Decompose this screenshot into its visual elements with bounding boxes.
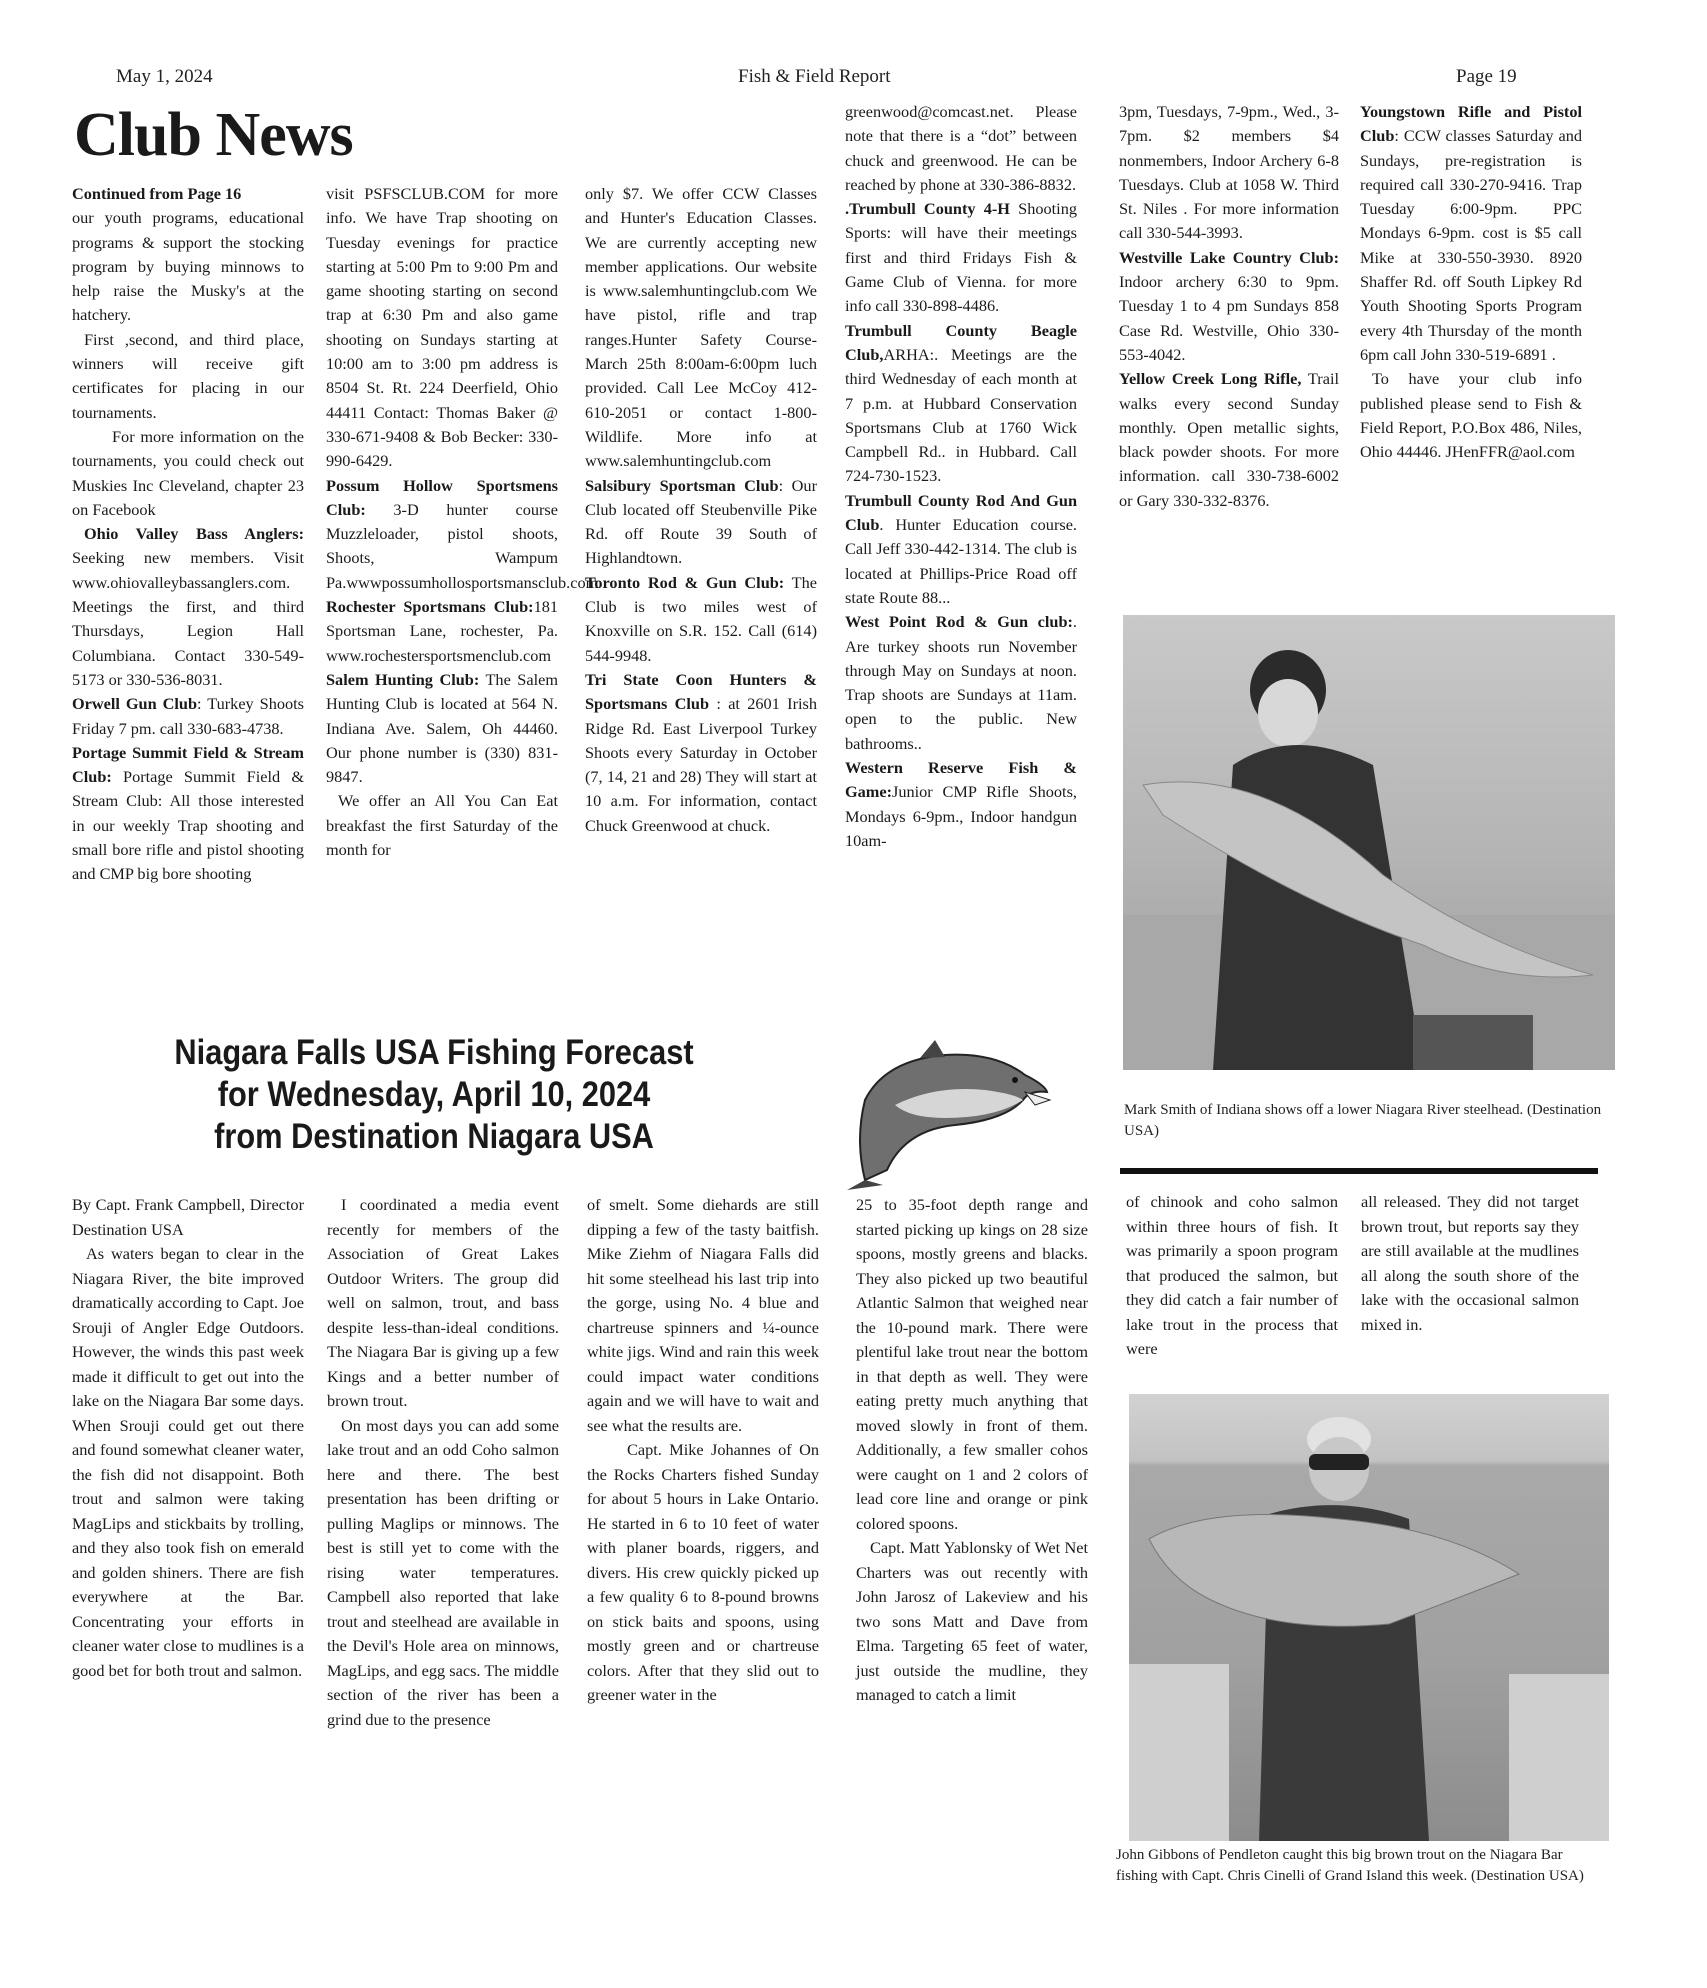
steelhead-photo (1123, 615, 1615, 1070)
article-paragraph: I coordinated a media event recently for… (327, 1193, 559, 1414)
article-paragraph: As waters began to clear in the Niagara … (72, 1242, 304, 1683)
photo-man-holding-brown-trout-icon (1129, 1394, 1609, 1841)
article-column-5: of chinook and coho salmon within three … (1126, 1190, 1338, 1362)
article-paragraph: 25 to 35-foot depth range and started pi… (856, 1193, 1088, 1536)
club-entry: 3pm, Tuesdays, 7-9pm., Wed., 3-7pm. $2 m… (1119, 100, 1339, 246)
byline: By Capt. Frank Campbell, Director Destin… (72, 1193, 304, 1242)
club-entry: Tri State Coon Hunters & Sportsmans Club… (585, 668, 817, 838)
club-news-column-2: visit PSFSCLUB.COM for more info. We hav… (326, 182, 558, 862)
publication-name: Fish & Field Report (738, 66, 891, 88)
section-title: Club News (74, 104, 353, 166)
article-column-2: I coordinated a media event recently for… (327, 1193, 559, 1732)
article-column-4: 25 to 35-foot depth range and started pi… (856, 1193, 1088, 1708)
club-news-column-5: 3pm, Tuesdays, 7-9pm., Wed., 3-7pm. $2 m… (1119, 100, 1339, 513)
article-paragraph: Capt. Matt Yablonsky of Wet Net Charters… (856, 1536, 1088, 1708)
club-entry: Orwell Gun Club: Turkey Shoots Friday 7 … (72, 692, 304, 741)
fish-icon (825, 1030, 1055, 1190)
club-entry: Yellow Creek Long Rifle, Trail walks eve… (1119, 367, 1339, 513)
photo-caption: Mark Smith of Indiana shows off a lower … (1124, 1100, 1614, 1142)
club-news-column-3: only $7. We offer CCW Classes and Hunter… (585, 182, 817, 838)
club-news-column-1: Continued from Page 16 our youth program… (72, 182, 304, 887)
club-entry: greenwood@comcast.net. Please note that … (845, 100, 1077, 197)
club-entry: West Point Rod & Gun club:. Are turkey s… (845, 610, 1077, 756)
club-entry: Portage Summit Field & Stream Club: Port… (72, 741, 304, 887)
club-entry: visit PSFSCLUB.COM for more info. We hav… (326, 182, 558, 474)
jumping-salmon-illustration (825, 1030, 1055, 1190)
club-news-column-6: Youngstown Rifle and Pistol Club: CCW cl… (1360, 100, 1582, 464)
club-entry: Rochester Sportsmans Club:181 Sportsman … (326, 595, 558, 668)
club-entry: For more information on the tournaments,… (72, 425, 304, 522)
article-paragraph: all released. They did not target brown … (1361, 1190, 1579, 1337)
club-entry: Trumbull County Beagle Club,ARHA:. Meeti… (845, 319, 1077, 489)
club-entry: We offer an All You Can Eat breakfast th… (326, 789, 558, 862)
issue-date: May 1, 2024 (116, 66, 213, 88)
club-entry: To have your club info published please … (1360, 367, 1582, 464)
brown-trout-photo (1129, 1394, 1609, 1841)
club-entry: Possum Hollow Sportsmens Club: 3-D hunte… (326, 474, 558, 595)
page-number: Page 19 (1456, 66, 1517, 88)
club-entry: Western Reserve Fish & Game:Junior CMP R… (845, 756, 1077, 853)
article-paragraph: Capt. Mike Johannes of On the Rocks Char… (587, 1438, 819, 1708)
club-entry: First ,second, and third place, winners … (72, 328, 304, 425)
section-divider (1120, 1168, 1598, 1174)
club-entry: Salsibury Sportsman Club: Our Club locat… (585, 474, 817, 571)
club-entry: Toronto Rod & Gun Club: The Club is two … (585, 571, 817, 668)
club-entry: Ohio Valley Bass Anglers: Seeking new me… (72, 522, 304, 692)
club-entry: our youth programs, educational programs… (72, 206, 304, 327)
club-entry: Youngstown Rifle and Pistol Club: CCW cl… (1360, 100, 1582, 367)
club-entry: only $7. We offer CCW Classes and Hunter… (585, 182, 817, 474)
club-news-column-4: greenwood@comcast.net. Please note that … (845, 100, 1077, 853)
article-paragraph: of smelt. Some diehards are still dippin… (587, 1193, 819, 1438)
article-column-3: of smelt. Some diehards are still dippin… (587, 1193, 819, 1708)
article-paragraph: On most days you can add some lake trout… (327, 1414, 559, 1733)
article-column-6: all released. They did not target brown … (1361, 1190, 1579, 1337)
club-entry: Salem Hunting Club: The Salem Hunting Cl… (326, 668, 558, 789)
article-paragraph: of chinook and coho salmon within three … (1126, 1190, 1338, 1362)
club-entry: Westville Lake Country Club: Indoor arch… (1119, 246, 1339, 367)
photo-caption: John Gibbons of Pendleton caught this bi… (1116, 1845, 1596, 1887)
article-headline: Niagara Falls USA Fishing Forecast for W… (117, 1032, 751, 1158)
club-entry: Trumbull County Rod And Gun Club. Hunter… (845, 489, 1077, 610)
continued-note: Continued from Page 16 (72, 182, 304, 206)
club-entry: .Trumbull County 4-H Shooting Sports: wi… (845, 197, 1077, 318)
article-column-1: By Capt. Frank Campbell, Director Destin… (72, 1193, 304, 1683)
photo-man-holding-steelhead-icon (1123, 615, 1615, 1070)
